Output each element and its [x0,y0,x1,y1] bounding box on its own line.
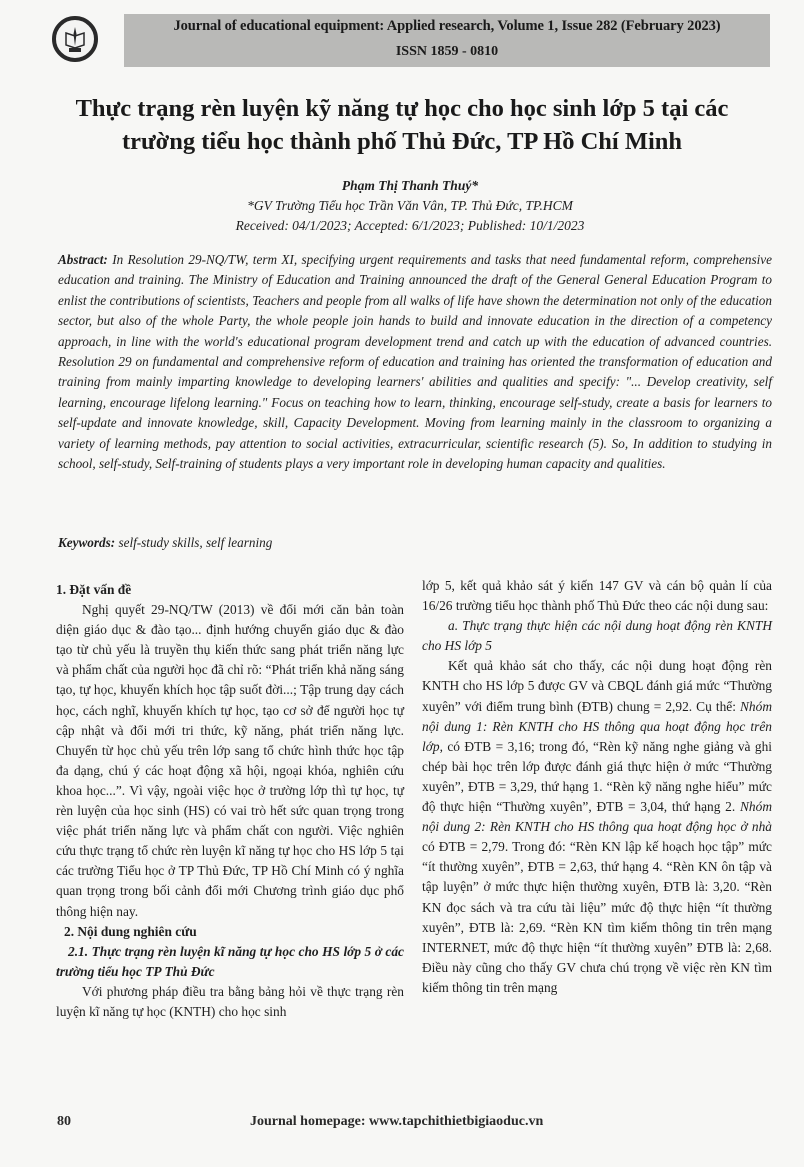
journal-homepage: Journal homepage: www.tapchithietbigiaod… [250,1114,543,1130]
journal-info: Journal of educational equipment: Applie… [124,18,770,35]
right-column: lớp 5, kết quả khảo sát ý kiến 147 GV và… [422,576,772,998]
journal-header-band: Journal of educational equipment: Applie… [124,14,770,67]
section-heading-1: 1. Đặt vấn đề [56,580,404,600]
section-2-1-paragraph: Với phương pháp điều tra bằng bảng hỏi v… [56,982,404,1022]
abstract-text: In Resolution 29-NQ/TW, term XI, specify… [58,252,772,471]
survey-paragraph: lớp 5, kết quả khảo sát ý kiến 147 GV và… [422,576,772,616]
page-number: 80 [57,1114,71,1130]
keywords-label: Keywords: [58,535,115,550]
author-name: Phạm Thị Thanh Thuý* [40,176,780,196]
author-affiliation: *GV Trường Tiểu học Trần Văn Vân, TP. Th… [40,196,780,216]
results-text-2: , có ĐTB = 3,16; trong đó, “Rèn kỹ năng … [422,739,772,814]
author-block: Phạm Thị Thanh Thuý* *GV Trường Tiểu học… [40,176,780,236]
issn: ISSN 1859 - 0810 [124,44,770,60]
keywords-text: self-study skills, self learning [115,535,272,550]
page-footer: 80 Journal homepage: www.tapchithietbigi… [0,1114,804,1134]
abstract: Abstract: In Resolution 29-NQ/TW, term X… [58,250,772,474]
article-title: Thực trạng rèn luyện kỹ năng tự học cho … [40,92,764,158]
results-text-3: có ĐTB = 2,79. Trong đó: “Rèn KN lập kế … [422,839,772,995]
section-heading-2: 2. Nội dung nghiên cứu [56,922,404,942]
results-text-1: Kết quả khảo sát cho thấy, các nội dung … [422,658,772,713]
subheading-a: a. Thực trạng thực hiện các nội dung hoạ… [422,616,772,656]
section-heading-2-1: 2.1. Thực trạng rèn luyện kĩ năng tự học… [56,942,404,982]
abstract-label: Abstract: [58,252,108,267]
left-column: 1. Đặt vấn đề Nghị quyết 29-NQ/TW (2013)… [56,580,404,1022]
results-paragraph: Kết quả khảo sát cho thấy, các nội dung … [422,656,772,998]
journal-logo-icon [52,16,98,62]
keywords: Keywords: self-study skills, self learni… [58,533,772,553]
article-dates: Received: 04/1/2023; Accepted: 6/1/2023;… [40,216,780,236]
section-1-paragraph: Nghị quyết 29-NQ/TW (2013) về đổi mới că… [56,600,404,922]
